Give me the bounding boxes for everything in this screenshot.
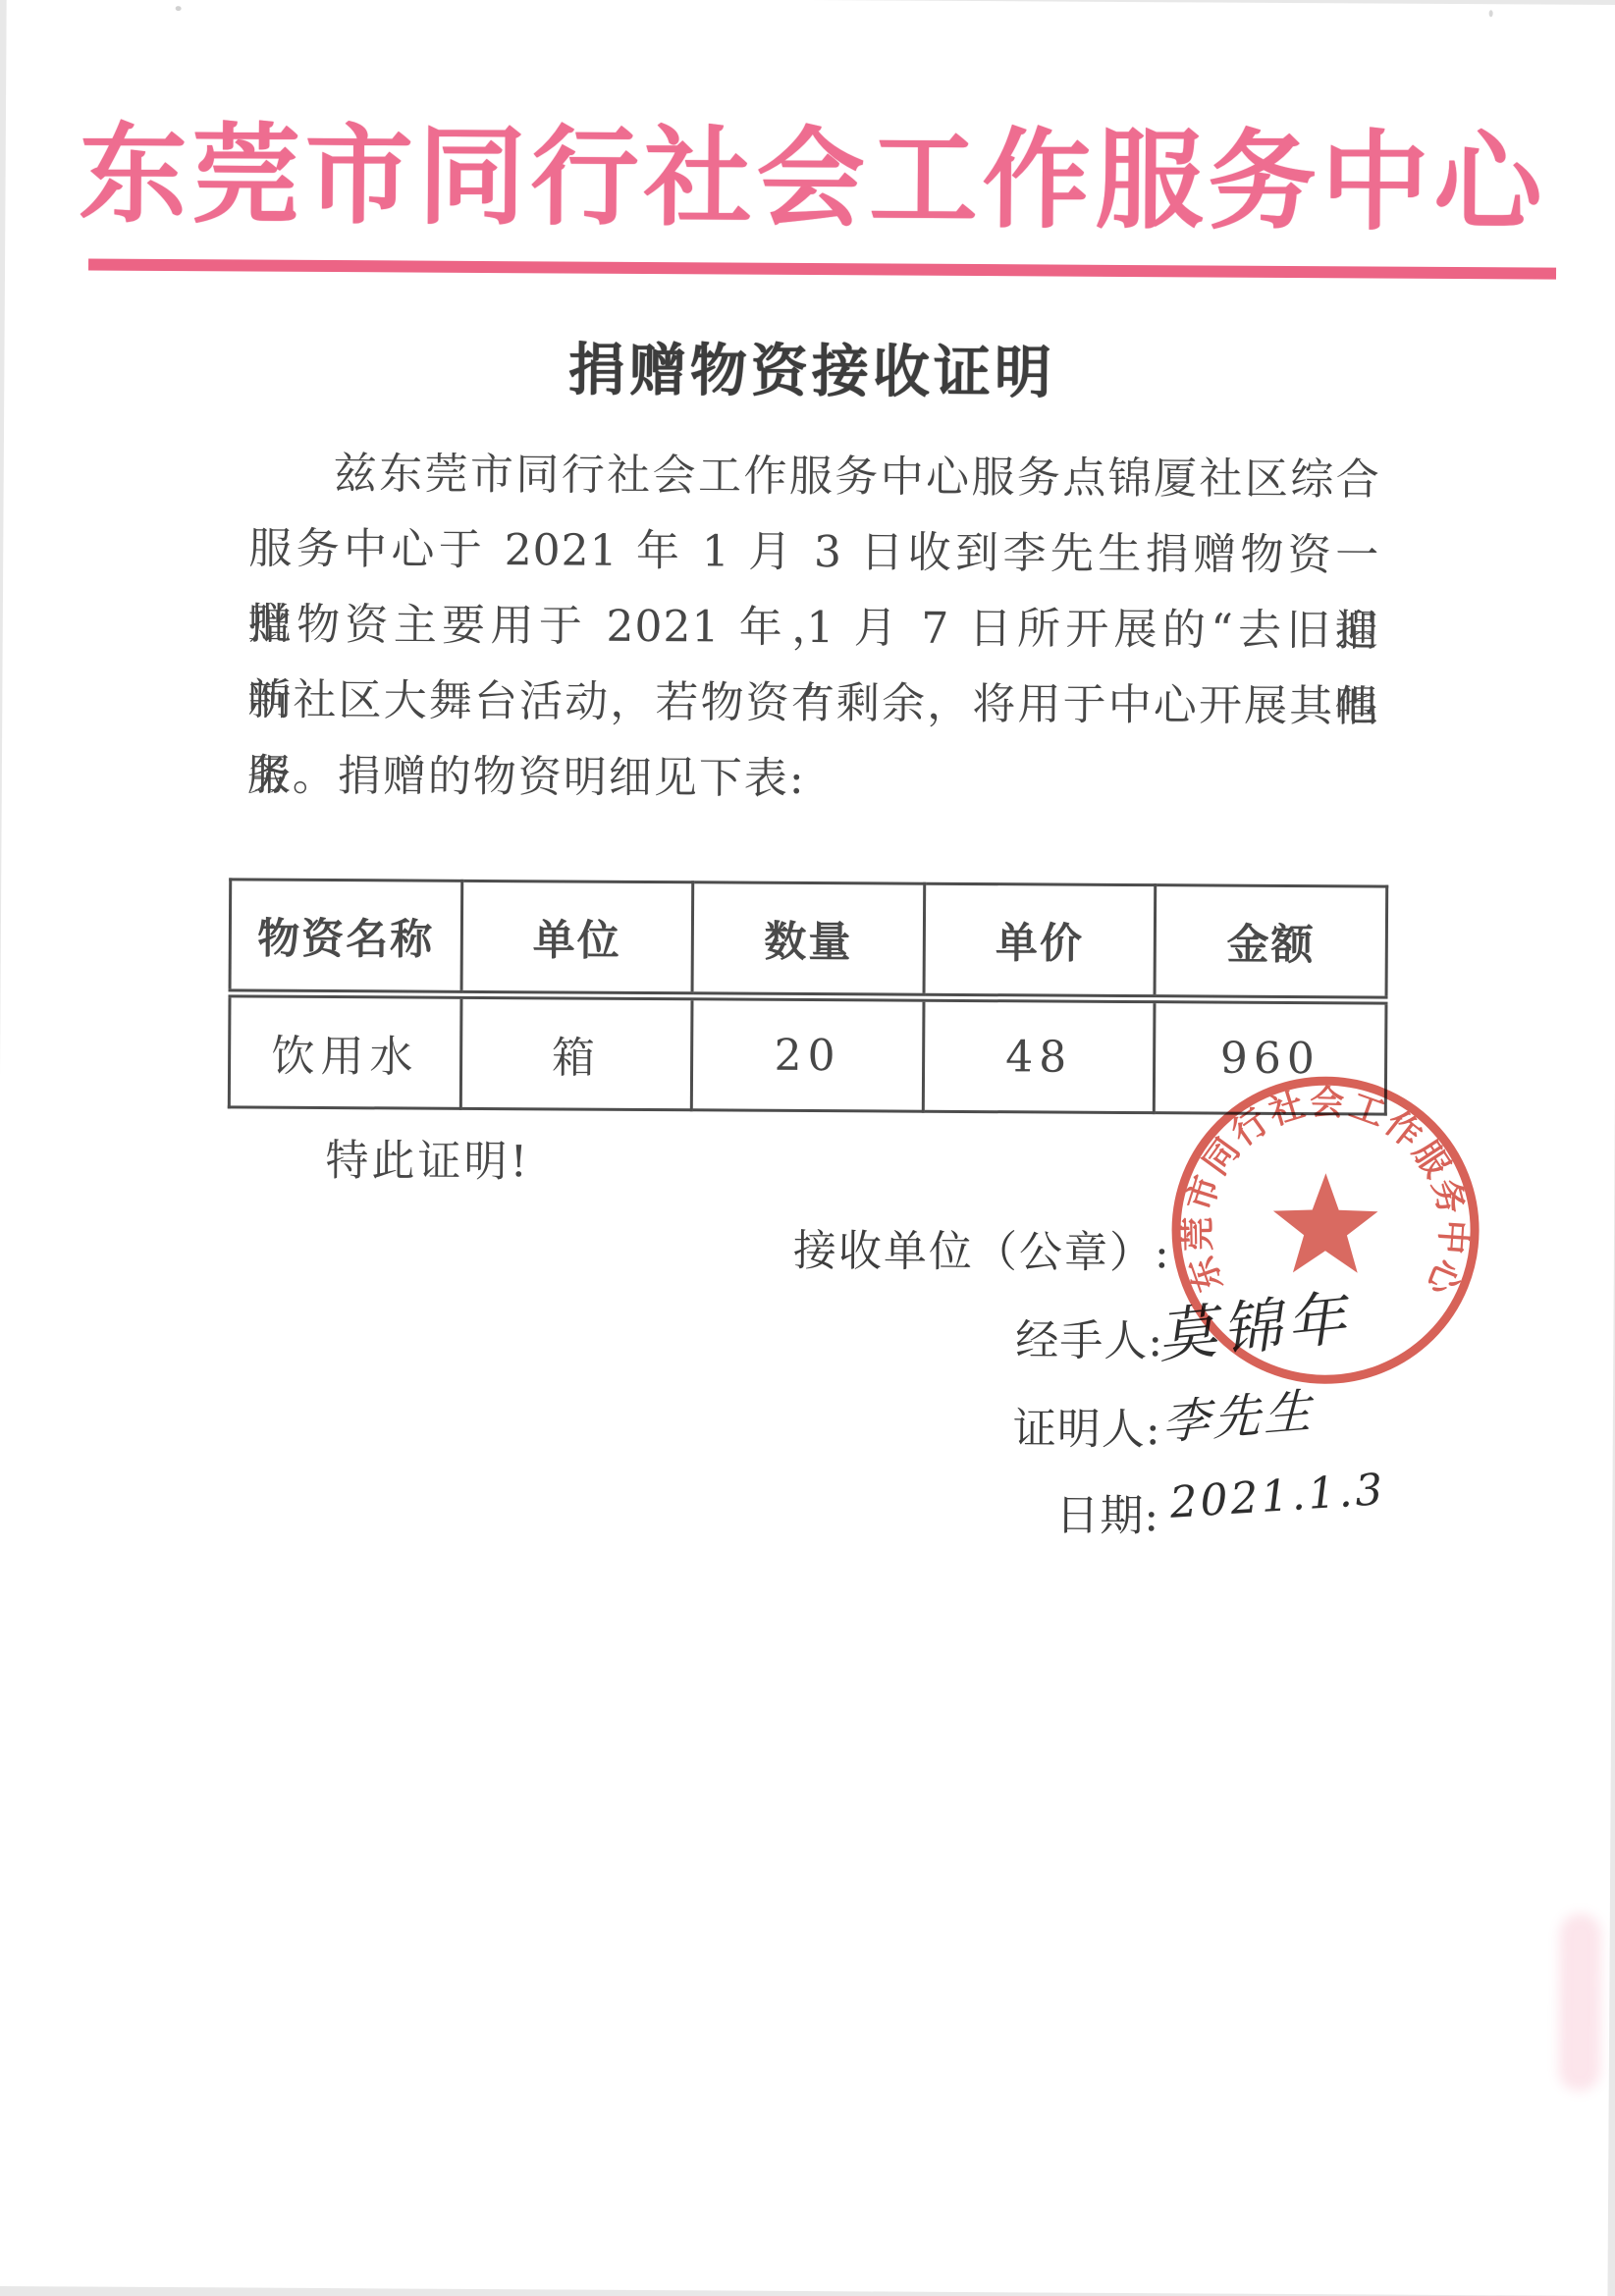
scan-speck (176, 6, 182, 11)
body-paragraph: 兹东莞市同行社会工作服务中心服务点锦厦社区综合 服务中心于 2021 年 1 月… (247, 436, 1380, 821)
body-line: 服务中心于 2021 年 1 月 3 日收到李先生捐赠物资一批，捐 (248, 511, 1379, 594)
cell-unit-price: 48 (923, 997, 1155, 1112)
seal-star-icon (1273, 1173, 1378, 1273)
official-seal: 东莞市同行社会工作服务中心 (1148, 1052, 1503, 1408)
date-label: 日期: (1055, 1480, 1159, 1544)
table-header-row: 物资名称 单位 数量 单价 金额 (230, 880, 1387, 1000)
header-cell-quantity: 数量 (692, 882, 924, 997)
closing-statement: 特此证明! (325, 1125, 530, 1189)
body-line: 兹东莞市同行社会工作服务中心服务点锦厦社区综合 (249, 436, 1380, 518)
pink-scan-smudge (1559, 1914, 1601, 2091)
cell-quantity: 20 (691, 996, 923, 1111)
document-title: 捐赠物资接收证明 (568, 324, 1056, 409)
body-line: 务。捐赠的物资明细见下表: (247, 738, 1378, 821)
header-cell-unit: 单位 (461, 881, 693, 995)
letterhead-rule (88, 259, 1556, 280)
handler-label: 经手人: (1015, 1305, 1163, 1368)
scan-speck (1489, 10, 1493, 17)
cell-unit: 箱 (460, 994, 692, 1109)
letterhead-org-title: 东莞市同行社会工作服务中心 (79, 114, 1562, 241)
certifier-label: 证明人: (1013, 1393, 1161, 1457)
cell-item-name: 饮用水 (229, 993, 460, 1108)
header-cell-amount: 金额 (1155, 885, 1386, 1000)
header-cell-unit-price: 单价 (924, 883, 1156, 998)
document-sheet: 东莞市同行社会工作服务中心 捐赠物资接收证明 兹东莞市同行社会工作服务中心服务点… (0, 0, 1615, 2296)
header-cell-item-name: 物资名称 (230, 880, 461, 994)
receiver-unit-label: 接收单位（公章）: (793, 1215, 1171, 1280)
date-handwriting: 2021.1.3 (1168, 1465, 1387, 1528)
body-line: 响社区大舞台活动，若物资有剩余，将用于中心开展其他服 (247, 663, 1378, 745)
body-line: 赠物资主要用于 2021 年 1 月 7 日所开展的“去旧迎新”唱 (248, 587, 1379, 669)
